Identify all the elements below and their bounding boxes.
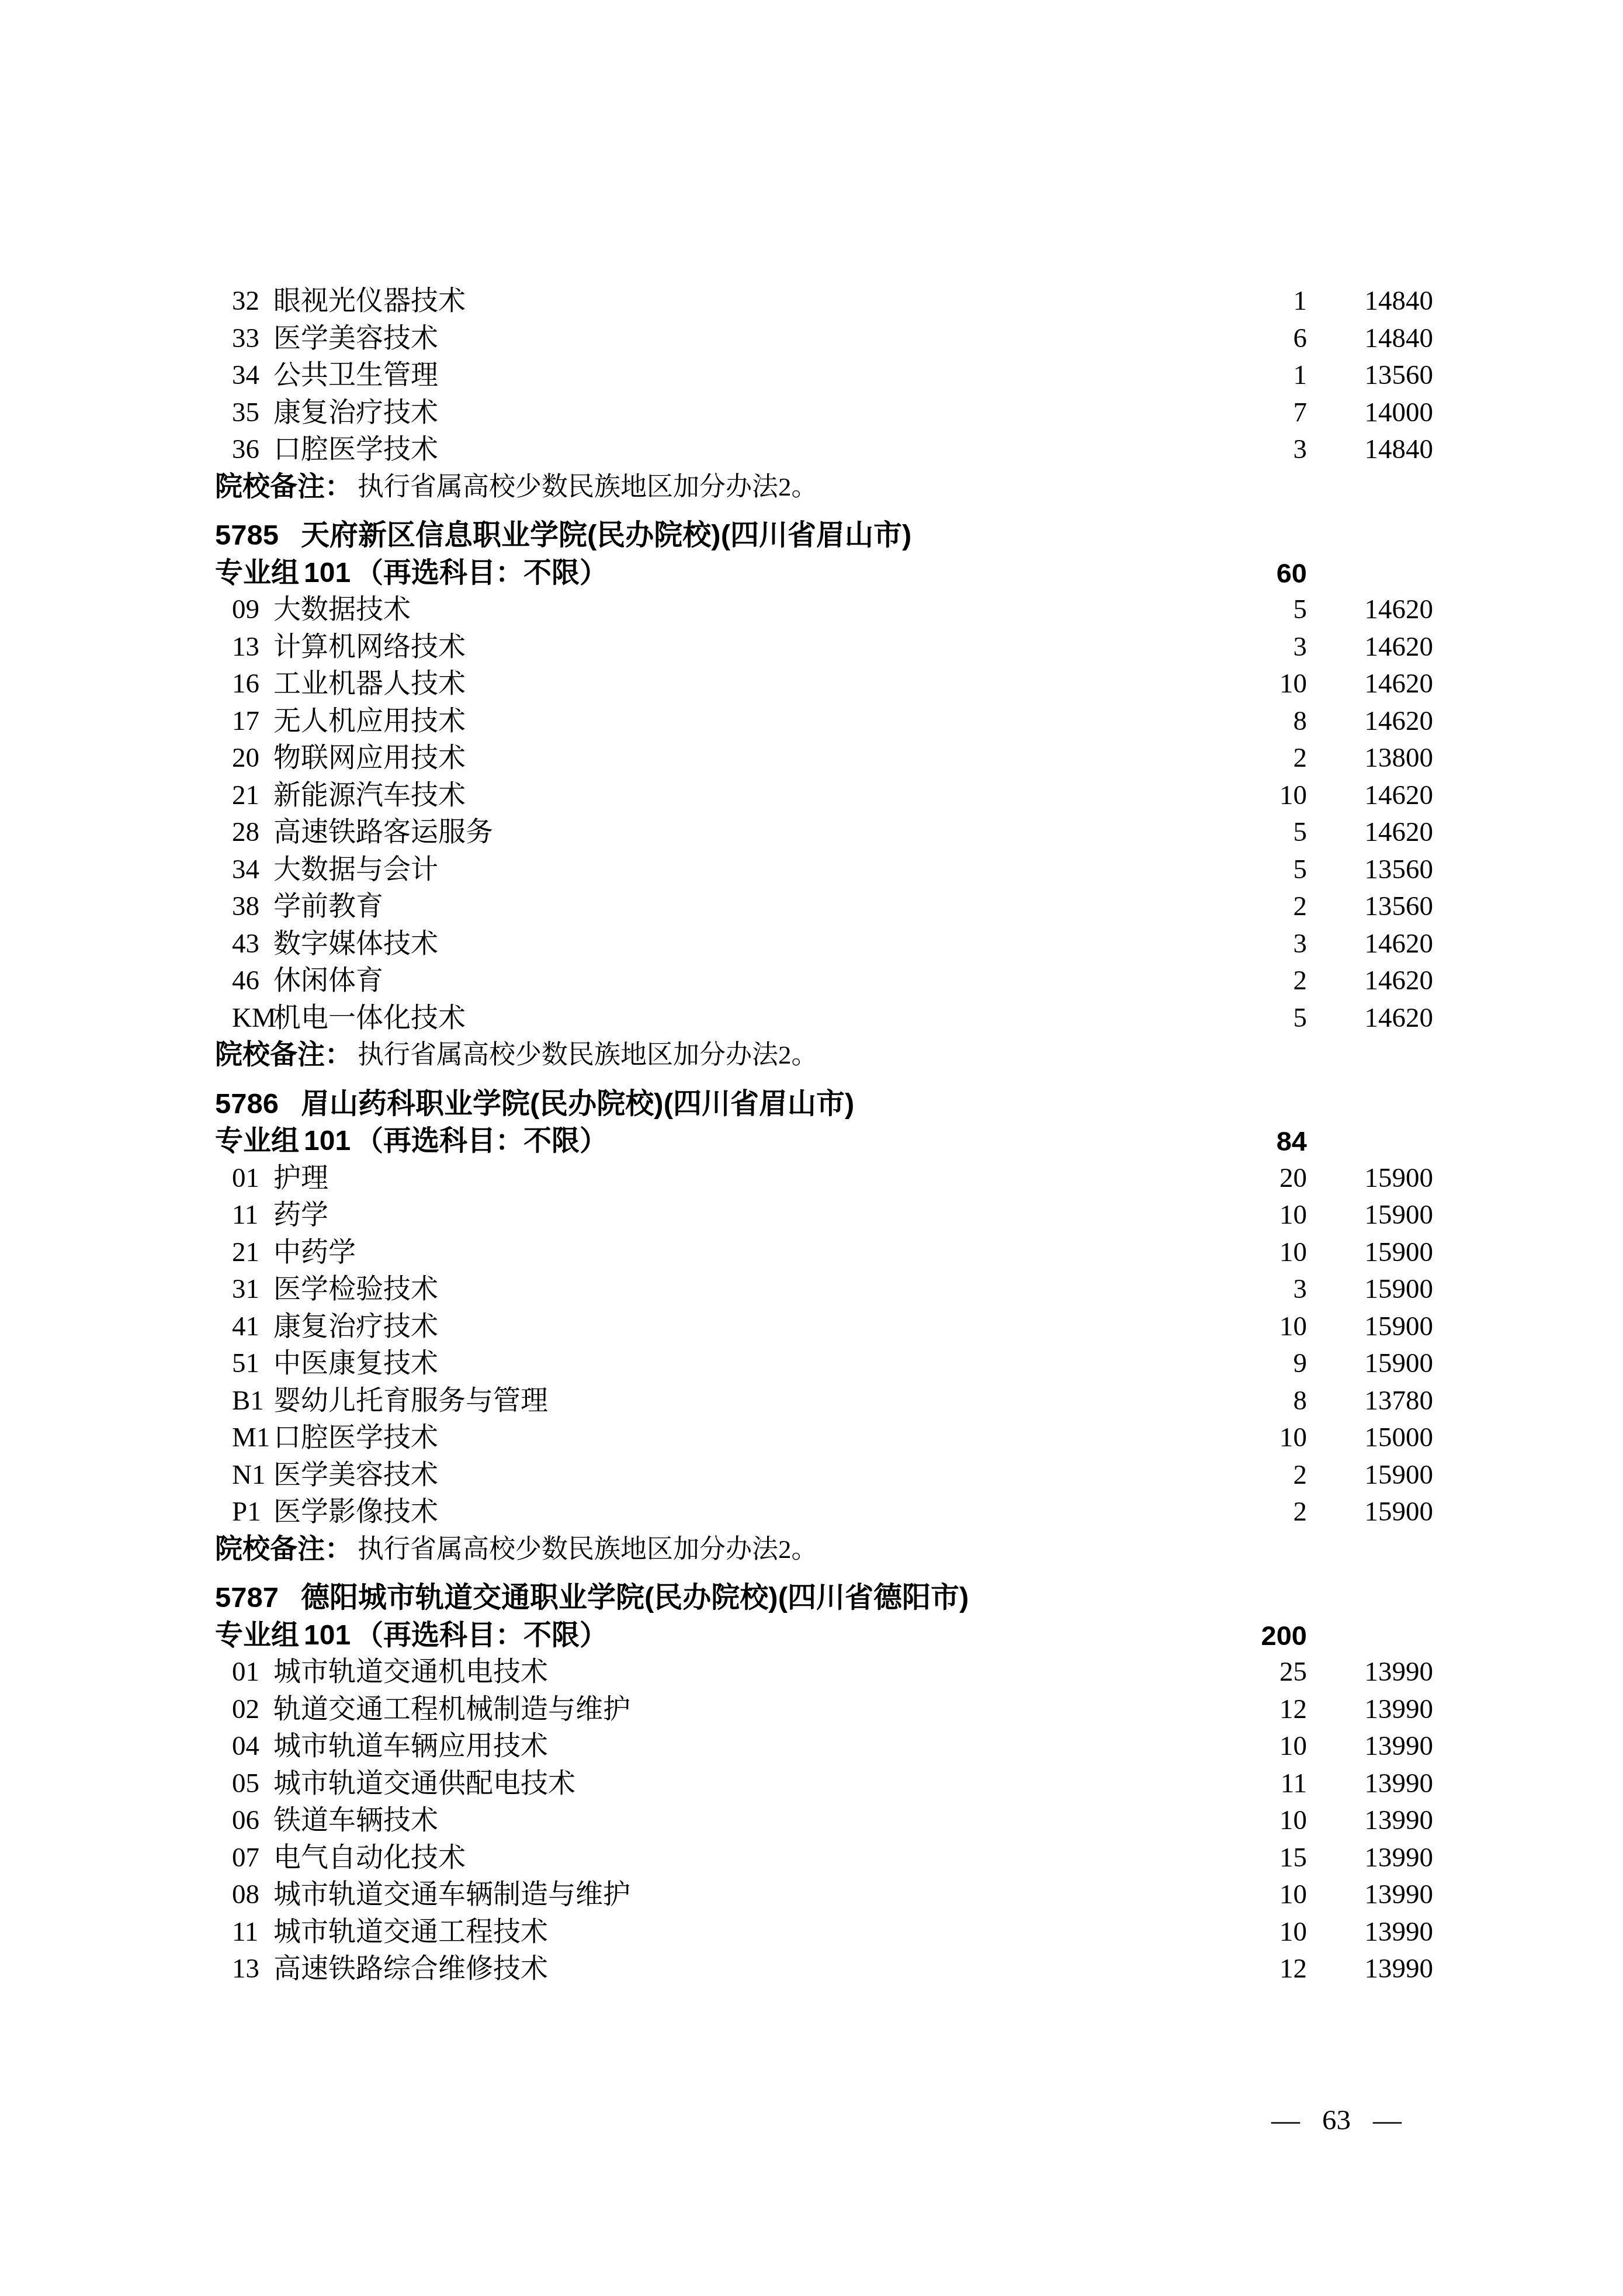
program-code: 09 <box>232 591 259 629</box>
program-major: 口腔医学技术 <box>273 431 438 469</box>
program-row: 11 药学 10 15900 <box>0 1197 1623 1234</box>
program-code: 28 <box>232 814 259 851</box>
program-row: 34 大数据与会计 5 13560 <box>0 851 1623 889</box>
program-code: 34 <box>232 851 259 889</box>
program-code: 51 <box>232 1345 259 1383</box>
program-row: 07 电气自动化技术 15 13990 <box>0 1840 1623 1877</box>
school-section: 5786 眉山药科职业学院(民办院校)(四川省眉山市) 专业组101（再选科目：… <box>0 1086 1623 1568</box>
program-count: 8 <box>1293 1383 1308 1420</box>
program-major: 药学 <box>273 1197 328 1234</box>
program-fee: 13780 <box>1365 1383 1434 1420</box>
program-major: 数字媒体技术 <box>273 926 438 963</box>
program-major: 机电一体化技术 <box>273 1000 466 1037</box>
school-code: 5786 <box>215 1086 279 1123</box>
program-fee: 13560 <box>1365 357 1434 394</box>
program-fee: 13990 <box>1365 1654 1434 1691</box>
program-row: 32 眼视光仪器技术 1 14840 <box>0 283 1623 320</box>
program-major: 中药学 <box>273 1234 356 1272</box>
program-fee: 13990 <box>1365 1876 1434 1914</box>
program-major: 护理 <box>273 1160 328 1197</box>
program-row: 09 大数据技术 5 14620 <box>0 591 1623 629</box>
major-group-number: 101 <box>299 557 355 588</box>
program-fee: 13800 <box>1365 740 1434 777</box>
school-note-row: 院校备注： 执行省属高校少数民族地区加分办法2。 <box>0 1531 1623 1568</box>
program-fee: 13990 <box>1365 1840 1434 1877</box>
program-code: 16 <box>232 666 259 703</box>
program-fee: 13990 <box>1365 1728 1434 1765</box>
major-group-label-prefix: 专业组 <box>215 1126 299 1156</box>
program-major: 计算机网络技术 <box>273 629 466 666</box>
program-count: 2 <box>1293 962 1308 1000</box>
program-code: 08 <box>232 1876 259 1914</box>
document-page: { "page": { "dash_left": "—", "number": … <box>0 0 1623 2296</box>
major-group-total: 84 <box>1277 1123 1307 1160</box>
program-fee: 13990 <box>1365 1691 1434 1729</box>
program-row: 21 中药学 10 15900 <box>0 1234 1623 1272</box>
program-major: 城市轨道车辆应用技术 <box>273 1728 548 1765</box>
program-count: 7 <box>1293 394 1308 432</box>
program-code: 38 <box>232 888 259 926</box>
program-fee: 14620 <box>1365 926 1434 963</box>
program-major: 医学美容技术 <box>273 1457 438 1494</box>
program-count: 3 <box>1293 629 1308 666</box>
program-fee: 14840 <box>1365 431 1434 469</box>
program-count: 10 <box>1279 1419 1307 1457</box>
school-note-label: 院校备注： <box>215 1531 352 1568</box>
major-group-label: 专业组101（再选科目：不限） <box>215 555 608 592</box>
school-header: 5785 天府新区信息职业学院(民办院校)(四川省眉山市) <box>0 517 1623 555</box>
major-group-row: 专业组101（再选科目：不限） 60 <box>0 555 1623 592</box>
program-code: 43 <box>232 926 259 963</box>
program-major: 新能源汽车技术 <box>273 777 466 815</box>
program-row: 08 城市轨道交通车辆制造与维护 10 13990 <box>0 1876 1623 1914</box>
program-fee: 14620 <box>1365 814 1434 851</box>
program-code: 35 <box>232 394 259 432</box>
program-code: 20 <box>232 740 259 777</box>
program-code: KM <box>232 1000 276 1037</box>
program-count: 5 <box>1293 1000 1308 1037</box>
program-row: 33 医学美容技术 6 14840 <box>0 320 1623 358</box>
program-count: 10 <box>1279 1197 1307 1234</box>
program-major: 康复治疗技术 <box>273 394 438 432</box>
school-note-label: 院校备注： <box>215 469 352 506</box>
program-fee: 13990 <box>1365 1765 1434 1803</box>
program-row: 06 铁道车辆技术 10 13990 <box>0 1802 1623 1840</box>
program-count: 8 <box>1293 703 1308 740</box>
program-count: 25 <box>1279 1654 1307 1691</box>
program-row: N1 医学美容技术 2 15900 <box>0 1457 1623 1494</box>
program-count: 2 <box>1293 1494 1308 1531</box>
program-row: 35 康复治疗技术 7 14000 <box>0 394 1623 432</box>
program-major: 学前教育 <box>273 888 383 926</box>
program-major: 医学影像技术 <box>273 1494 438 1531</box>
program-major: 婴幼儿托育服务与管理 <box>273 1383 548 1420</box>
major-group-total: 200 <box>1261 1617 1307 1654</box>
program-major: 电气自动化技术 <box>273 1840 466 1877</box>
program-code: P1 <box>232 1494 261 1531</box>
major-group-total: 60 <box>1277 555 1307 592</box>
program-fee: 13560 <box>1365 851 1434 889</box>
program-major: 工业机器人技术 <box>273 666 466 703</box>
page-number: —63— <box>1271 2101 1402 2139</box>
program-code: M1 <box>232 1419 270 1457</box>
school-note-row: 院校备注： 执行省属高校少数民族地区加分办法2。 <box>0 469 1623 506</box>
program-count: 9 <box>1293 1345 1308 1383</box>
program-fee: 15900 <box>1365 1494 1434 1531</box>
program-fee: 15000 <box>1365 1419 1434 1457</box>
program-code: N1 <box>232 1457 265 1494</box>
school-note-text: 执行省属高校少数民族地区加分办法2。 <box>358 1037 818 1074</box>
program-row: M1 口腔医学技术 10 15000 <box>0 1419 1623 1457</box>
program-fee: 14620 <box>1365 1000 1434 1037</box>
program-row: 17 无人机应用技术 8 14620 <box>0 703 1623 740</box>
school-header: 5787 德阳城市轨道交通职业学院(民办院校)(四川省德阳市) <box>0 1580 1623 1617</box>
program-row: 43 数字媒体技术 3 14620 <box>0 926 1623 963</box>
program-row: 13 高速铁路综合维修技术 12 13990 <box>0 1951 1623 1988</box>
program-count: 10 <box>1279 777 1307 815</box>
program-code: 17 <box>232 703 259 740</box>
major-group-row: 专业组101（再选科目：不限） 84 <box>0 1123 1623 1160</box>
program-code: 34 <box>232 357 259 394</box>
program-row: 46 休闲体育 2 14620 <box>0 962 1623 1000</box>
program-fee: 14840 <box>1365 283 1434 320</box>
school-name: 天府新区信息职业学院(民办院校)(四川省眉山市) <box>301 517 911 555</box>
program-count: 3 <box>1293 1271 1308 1308</box>
program-count: 20 <box>1279 1160 1307 1197</box>
program-fee: 15900 <box>1365 1308 1434 1346</box>
major-group-number: 101 <box>299 1620 355 1651</box>
program-count: 10 <box>1279 666 1307 703</box>
program-fee: 15900 <box>1365 1457 1434 1494</box>
school-note-row: 院校备注： 执行省属高校少数民族地区加分办法2。 <box>0 1037 1623 1074</box>
program-row: 34 公共卫生管理 1 13560 <box>0 357 1623 394</box>
school-note-label: 院校备注： <box>215 1037 352 1074</box>
table-continuation-section: 32 眼视光仪器技术 1 14840 33 医学美容技术 6 14840 34 … <box>0 283 1623 505</box>
program-count: 15 <box>1279 1840 1307 1877</box>
major-group-label-suffix: （再选科目：不限） <box>355 1126 608 1156</box>
major-group-label-prefix: 专业组 <box>215 1620 299 1651</box>
program-major: 铁道车辆技术 <box>273 1802 438 1840</box>
program-code: 01 <box>232 1160 259 1197</box>
program-major: 城市轨道交通车辆制造与维护 <box>273 1876 630 1914</box>
program-count: 11 <box>1281 1765 1307 1803</box>
program-major: 中医康复技术 <box>273 1345 438 1383</box>
program-fee: 15900 <box>1365 1271 1434 1308</box>
program-count: 2 <box>1293 888 1308 926</box>
program-count: 10 <box>1279 1876 1307 1914</box>
school-name: 眉山药科职业学院(民办院校)(四川省眉山市) <box>301 1086 854 1123</box>
program-code: 33 <box>232 320 259 358</box>
program-row: B1 婴幼儿托育服务与管理 8 13780 <box>0 1383 1623 1420</box>
program-fee: 15900 <box>1365 1234 1434 1272</box>
program-fee: 15900 <box>1365 1160 1434 1197</box>
program-major: 大数据技术 <box>273 591 411 629</box>
program-major: 休闲体育 <box>273 962 383 1000</box>
program-row: 05 城市轨道交通供配电技术 11 13990 <box>0 1765 1623 1803</box>
program-major: 城市轨道交通机电技术 <box>273 1654 548 1691</box>
program-major: 康复治疗技术 <box>273 1308 438 1346</box>
program-code: 41 <box>232 1308 259 1346</box>
program-row: 41 康复治疗技术 10 15900 <box>0 1308 1623 1346</box>
program-row: 28 高速铁路客运服务 5 14620 <box>0 814 1623 851</box>
program-code: 11 <box>232 1197 258 1234</box>
program-fee: 14620 <box>1365 962 1434 1000</box>
program-count: 2 <box>1293 1457 1308 1494</box>
program-row: 20 物联网应用技术 2 13800 <box>0 740 1623 777</box>
program-count: 12 <box>1279 1691 1307 1729</box>
program-row: KM 机电一体化技术 5 14620 <box>0 1000 1623 1037</box>
program-fee: 14620 <box>1365 629 1434 666</box>
program-fee: 13990 <box>1365 1951 1434 1988</box>
program-count: 5 <box>1293 814 1308 851</box>
program-count: 10 <box>1279 1728 1307 1765</box>
major-group-number: 101 <box>299 1126 355 1156</box>
program-code: 02 <box>232 1691 259 1729</box>
program-code: 06 <box>232 1802 259 1840</box>
program-row: P1 医学影像技术 2 15900 <box>0 1494 1623 1531</box>
program-major: 医学美容技术 <box>273 320 438 358</box>
major-group-label-suffix: （再选科目：不限） <box>355 557 608 588</box>
program-major: 无人机应用技术 <box>273 703 466 740</box>
program-count: 12 <box>1279 1951 1307 1988</box>
program-row: 01 护理 20 15900 <box>0 1160 1623 1197</box>
program-code: 07 <box>232 1840 259 1877</box>
school-name: 德阳城市轨道交通职业学院(民办院校)(四川省德阳市) <box>301 1580 969 1617</box>
program-row: 13 计算机网络技术 3 14620 <box>0 629 1623 666</box>
program-code: 31 <box>232 1271 259 1308</box>
admission-plan-table: 32 眼视光仪器技术 1 14840 33 医学美容技术 6 14840 34 … <box>0 283 1623 1988</box>
program-count: 10 <box>1279 1802 1307 1840</box>
school-note-text: 执行省属高校少数民族地区加分办法2。 <box>358 1531 818 1568</box>
school-section: 5787 德阳城市轨道交通职业学院(民办院校)(四川省德阳市) 专业组101（再… <box>0 1580 1623 1988</box>
page-number-dash-left: — <box>1271 2104 1300 2136</box>
program-code: 05 <box>232 1765 259 1803</box>
program-row: 38 学前教育 2 13560 <box>0 888 1623 926</box>
school-code: 5785 <box>215 517 279 555</box>
program-row: 01 城市轨道交通机电技术 25 13990 <box>0 1654 1623 1691</box>
school-header: 5786 眉山药科职业学院(民办院校)(四川省眉山市) <box>0 1086 1623 1123</box>
program-fee: 13990 <box>1365 1914 1434 1951</box>
program-row: 02 轨道交通工程机械制造与维护 12 13990 <box>0 1691 1623 1729</box>
program-code: 13 <box>232 1951 259 1988</box>
program-fee: 14620 <box>1365 591 1434 629</box>
program-row: 11 城市轨道交通工程技术 10 13990 <box>0 1914 1623 1951</box>
program-row: 31 医学检验技术 3 15900 <box>0 1271 1623 1308</box>
page-number-dash-right: — <box>1373 2104 1402 2136</box>
program-code: 01 <box>232 1654 259 1691</box>
program-count: 1 <box>1293 357 1308 394</box>
program-count: 10 <box>1279 1308 1307 1346</box>
program-count: 3 <box>1293 431 1308 469</box>
program-code: 46 <box>232 962 259 1000</box>
program-major: 高速铁路客运服务 <box>273 814 493 851</box>
program-major: 口腔医学技术 <box>273 1419 438 1457</box>
program-row: 16 工业机器人技术 10 14620 <box>0 666 1623 703</box>
program-count: 10 <box>1279 1914 1307 1951</box>
major-group-label: 专业组101（再选科目：不限） <box>215 1617 608 1654</box>
program-major: 物联网应用技术 <box>273 740 466 777</box>
program-major: 大数据与会计 <box>273 851 438 889</box>
program-major: 眼视光仪器技术 <box>273 283 466 320</box>
program-fee: 15900 <box>1365 1197 1434 1234</box>
program-fee: 15900 <box>1365 1345 1434 1383</box>
program-row: 51 中医康复技术 9 15900 <box>0 1345 1623 1383</box>
program-count: 1 <box>1293 283 1308 320</box>
program-code: 04 <box>232 1728 259 1765</box>
program-fee: 14620 <box>1365 777 1434 815</box>
program-count: 2 <box>1293 740 1308 777</box>
program-row: 04 城市轨道车辆应用技术 10 13990 <box>0 1728 1623 1765</box>
program-count: 5 <box>1293 591 1308 629</box>
program-code: 11 <box>232 1914 258 1951</box>
program-major: 轨道交通工程机械制造与维护 <box>273 1691 630 1729</box>
program-count: 6 <box>1293 320 1308 358</box>
program-row: 36 口腔医学技术 3 14840 <box>0 431 1623 469</box>
major-group-label: 专业组101（再选科目：不限） <box>215 1123 608 1160</box>
major-group-row: 专业组101（再选科目：不限） 200 <box>0 1617 1623 1654</box>
program-fee: 13990 <box>1365 1802 1434 1840</box>
program-major: 城市轨道交通工程技术 <box>273 1914 548 1951</box>
program-count: 5 <box>1293 851 1308 889</box>
school-section: 5785 天府新区信息职业学院(民办院校)(四川省眉山市) 专业组101（再选科… <box>0 517 1623 1074</box>
major-group-label-prefix: 专业组 <box>215 557 299 588</box>
program-code: B1 <box>232 1383 264 1420</box>
program-fee: 14620 <box>1365 666 1434 703</box>
program-major: 高速铁路综合维修技术 <box>273 1951 548 1988</box>
program-code: 21 <box>232 1234 259 1272</box>
program-fee: 14000 <box>1365 394 1434 432</box>
program-major: 公共卫生管理 <box>273 357 438 394</box>
major-group-label-suffix: （再选科目：不限） <box>355 1620 608 1651</box>
program-code: 32 <box>232 283 259 320</box>
program-code: 36 <box>232 431 259 469</box>
school-code: 5787 <box>215 1580 279 1617</box>
program-fee: 14620 <box>1365 703 1434 740</box>
program-count: 10 <box>1279 1234 1307 1272</box>
program-fee: 13560 <box>1365 888 1434 926</box>
program-fee: 14840 <box>1365 320 1434 358</box>
page-number-value: 63 <box>1300 2104 1373 2136</box>
program-major: 城市轨道交通供配电技术 <box>273 1765 575 1803</box>
program-code: 21 <box>232 777 259 815</box>
school-note-text: 执行省属高校少数民族地区加分办法2。 <box>358 469 818 506</box>
program-code: 13 <box>232 629 259 666</box>
program-count: 3 <box>1293 926 1308 963</box>
program-row: 21 新能源汽车技术 10 14620 <box>0 777 1623 815</box>
program-major: 医学检验技术 <box>273 1271 438 1308</box>
